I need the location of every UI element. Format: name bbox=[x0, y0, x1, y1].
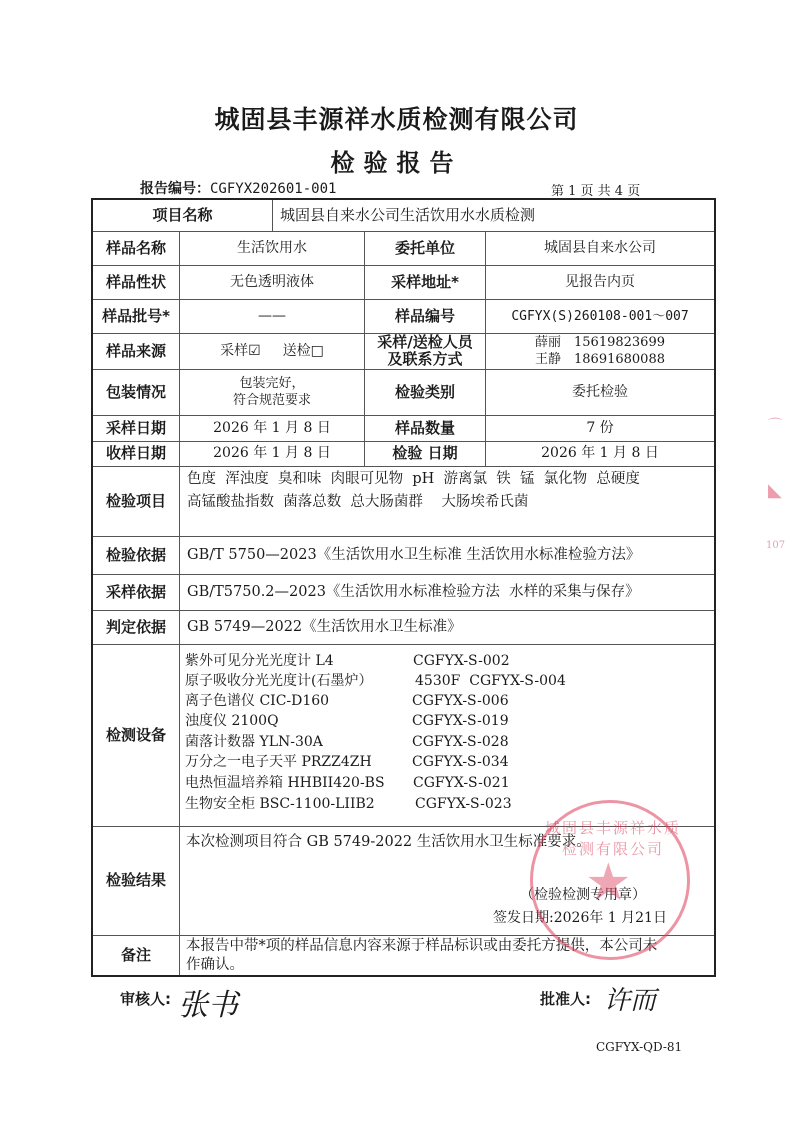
equipment-item: 电热恒温培养箱 HHBII420-BSCGFYX-S-021 bbox=[185, 774, 385, 794]
packaging-label: 包装情况 bbox=[93, 369, 179, 415]
sample-source-options: 采样☑ 送检□ bbox=[180, 333, 364, 369]
equipment-item: 菌落计数器 YLN-30ACGFYX-S-028 bbox=[185, 733, 323, 753]
seam-stamp-mark: ◣ bbox=[768, 480, 782, 501]
sample-source-label: 样品来源 bbox=[93, 333, 179, 369]
equipment-item: 浊度仪 2100QCGFYX-S-019 bbox=[185, 712, 279, 732]
sampling-address-value: 见报告内页 bbox=[486, 265, 714, 299]
personnel-label-line2: 及联系方式 bbox=[387, 351, 462, 368]
result-label: 检验结果 bbox=[93, 826, 179, 935]
test-basis-label: 检验依据 bbox=[93, 536, 179, 574]
remarks-text: 本报告中带*项的样品信息内容来源于样品标识或由委托方提供，本公司未 作确认。 bbox=[186, 937, 657, 975]
test-basis-value: GB/T 5750—2023《生活饮用水卫生标准 生活饮用水标准检验方法》 bbox=[180, 536, 716, 574]
seam-stamp-mark: ⌒ bbox=[768, 415, 782, 435]
remarks-line2: 作确认。 bbox=[186, 956, 657, 975]
project-name-value: 城固县自来水公司生活饮用水水质检测 bbox=[273, 200, 716, 231]
project-name-label: 项目名称 bbox=[93, 200, 272, 231]
sampling-date-label: 采样日期 bbox=[93, 415, 179, 441]
packaging-line2: 符合规范要求 bbox=[233, 392, 311, 409]
judgement-basis-label: 判定依据 bbox=[93, 610, 179, 644]
client-value: 城固县自来水公司 bbox=[486, 231, 714, 265]
sample-state-label: 样品性状 bbox=[93, 265, 179, 299]
personnel-1: 薛丽 15619823699 bbox=[535, 334, 665, 351]
sample-qty-label: 样品数量 bbox=[365, 415, 485, 441]
sampling-basis-value: GB/T5750.2—2023《生活饮用水标准检验方法 水样的采集与保存》 bbox=[180, 574, 716, 610]
remarks-line1: 本报告中带*项的样品信息内容来源于样品标识或由委托方提供，本公司未 bbox=[186, 937, 657, 956]
sampling-basis-label: 采样依据 bbox=[93, 574, 179, 610]
equipment-item: 生物安全柜 BSC-1100-LIIB2CGFYX-S-023 bbox=[185, 795, 375, 815]
approver-label: 批准人: bbox=[540, 988, 591, 1009]
test-date-value: 2026 年 1 月 8 日 bbox=[486, 441, 714, 466]
reviewer-signature: 张书 bbox=[178, 980, 238, 1024]
packaging-value: 包装完好， 符合规范要求 bbox=[180, 369, 364, 415]
sample-no-value: CGFYX(S)260108-001～007 bbox=[486, 299, 714, 333]
equipment-item: 原子吸收分光光度计(石墨炉）4530F CGFYX-S-004 bbox=[185, 672, 372, 692]
packaging-line1: 包装完好， bbox=[239, 375, 304, 392]
seam-stamp-mark: 107 bbox=[766, 540, 785, 551]
sample-state-value: 无色透明液体 bbox=[180, 265, 364, 299]
test-type-value: 委托检验 bbox=[486, 369, 714, 415]
approver-signature: 许而 bbox=[604, 980, 656, 1017]
reviewer-label: 审核人: bbox=[120, 988, 171, 1009]
sample-no-label: 样品编号 bbox=[365, 299, 485, 333]
page-info: 第 1 页 共 4 页 bbox=[551, 180, 640, 199]
test-items-label: 检验项目 bbox=[93, 466, 179, 536]
test-items-line2: 高锰酸盐指数 菌落总数 总大肠菌群 大肠埃希氏菌 bbox=[187, 491, 528, 514]
test-type-label: 检验类别 bbox=[365, 369, 485, 415]
personnel-label-line1: 采样/送检人员 bbox=[377, 334, 472, 351]
seal-note: （检验检测专用章） bbox=[520, 884, 646, 904]
equipment-item: 紫外可见分光光度计 L4CGFYX-S-002 bbox=[185, 652, 334, 672]
sample-name-value: 生活饮用水 bbox=[180, 231, 364, 265]
sample-source-submitted-checkbox[interactable]: 送检□ bbox=[283, 342, 324, 361]
test-items-value: 色度 浑浊度 臭和味 肉眼可见物 pH 游离氯 铁 锰 氯化物 总硬度 高锰酸盐… bbox=[180, 468, 716, 528]
equipment-label: 检测设备 bbox=[93, 644, 179, 826]
personnel-label: 采样/送检人员 及联系方式 bbox=[365, 333, 485, 369]
equipment-item: 万分之一电子天平 PRZZ4ZHCGFYX-S-034 bbox=[185, 753, 372, 773]
personnel-2: 王静 18691680088 bbox=[535, 351, 665, 368]
sample-source-sampling-checkbox[interactable]: 采样☑ bbox=[220, 342, 261, 361]
personnel-value: 薛丽 15619823699 王静 18691680088 bbox=[486, 333, 714, 369]
equipment-item: 离子色谱仪 CIC-D160CGFYX-S-006 bbox=[185, 692, 329, 712]
judgement-basis-value: GB 5749—2022《生活饮用水卫生标准》 bbox=[180, 610, 716, 644]
result-text: 本次检测项目符合 GB 5749-2022 生活饮用水卫生标准要求。 bbox=[186, 830, 591, 851]
company-name: 城固县丰源祥水质检测有限公司 bbox=[0, 100, 793, 136]
sample-qty-value: 7 份 bbox=[486, 415, 714, 441]
client-label: 委托单位 bbox=[365, 231, 485, 265]
report-number-value: CGFYX202601-001 bbox=[210, 181, 336, 197]
report-table: 项目名称 城固县自来水公司生活饮用水水质检测 样品名称 生活饮用水 委托单位 城… bbox=[91, 198, 716, 977]
remarks-label: 备注 bbox=[93, 935, 179, 975]
receipt-date-value: 2026 年 1 月 8 日 bbox=[180, 441, 364, 466]
sample-name-label: 样品名称 bbox=[93, 231, 179, 265]
sampling-date-value: 2026 年 1 月 8 日 bbox=[180, 415, 364, 441]
batch-no-value: —— bbox=[180, 299, 364, 333]
test-date-label: 检验 日期 bbox=[365, 441, 485, 466]
report-number: 报告编号：CGFYX202601-001 bbox=[140, 178, 336, 198]
report-number-label: 报告编号： bbox=[140, 181, 210, 197]
batch-no-label: 样品批号* bbox=[93, 299, 179, 333]
sampling-address-label: 采样地址* bbox=[365, 265, 485, 299]
document-title: 检验报告 bbox=[0, 143, 793, 178]
receipt-date-label: 收样日期 bbox=[93, 441, 179, 466]
form-code: CGFYX-QD-81 bbox=[596, 1040, 682, 1054]
issue-date: 签发日期:2026年 1 月21日 bbox=[493, 907, 667, 927]
test-items-line1: 色度 浑浊度 臭和味 肉眼可见物 pH 游离氯 铁 锰 氯化物 总硬度 bbox=[187, 468, 640, 491]
